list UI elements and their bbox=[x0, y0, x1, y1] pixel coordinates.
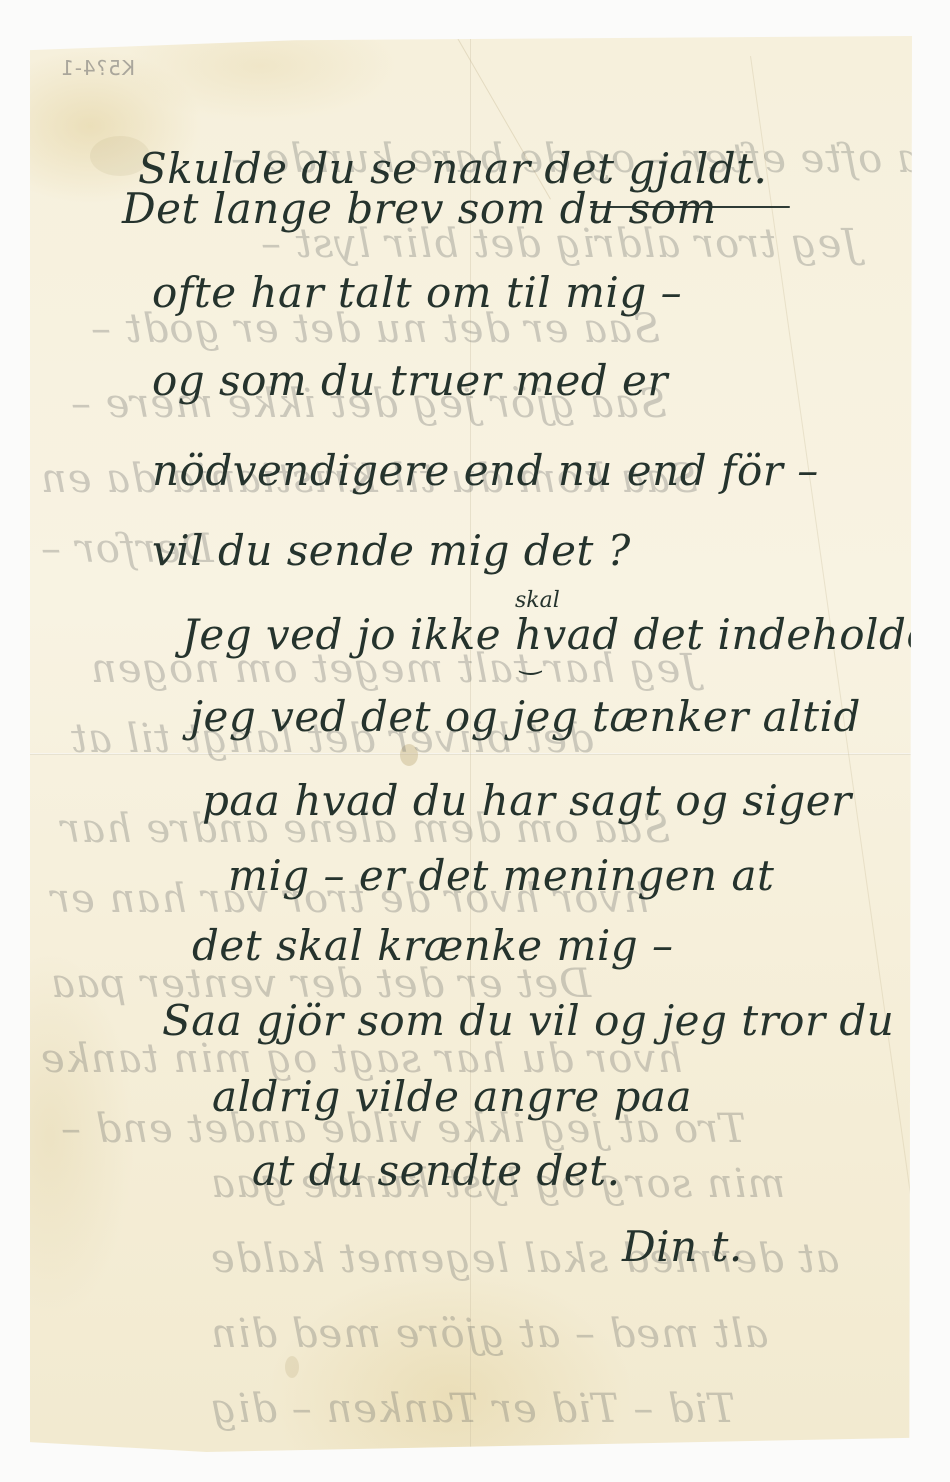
letter-line: vil du sende mig det ? bbox=[152, 526, 631, 575]
archive-mark: K5?4-1 bbox=[60, 56, 135, 80]
bleed-line: Tid – Tid er Tanken – dig bbox=[210, 1386, 735, 1432]
signature: Din t. bbox=[622, 1222, 743, 1271]
letter-line: det skal krænke mig – bbox=[192, 921, 674, 970]
letter-page: K5?4-1 Saa ofte efter – og de bare kunde… bbox=[30, 36, 912, 1452]
letter-line: nödvendigere end nu end för – bbox=[152, 446, 819, 495]
vertical-fold bbox=[470, 36, 471, 1452]
letter-line: Saa gjör som du vil og jeg tror du bbox=[162, 996, 894, 1045]
bleed-line: alt med – at gjöre med din bbox=[210, 1311, 768, 1357]
letter-line: jeg ved det og jeg tænker altid bbox=[190, 692, 861, 741]
stain bbox=[400, 744, 418, 766]
letter-line: Jeg ved jo ikke hvad det indeholder bbox=[182, 610, 950, 659]
insertion-caret: ‿ bbox=[520, 646, 541, 676]
letter-line: ofte har talt om til mig – bbox=[152, 268, 682, 317]
letter-line: paa hvad du har sagt og siger bbox=[202, 776, 852, 825]
letter-line: at du sendte det. bbox=[252, 1146, 620, 1195]
letter-line: mig – er det meningen at bbox=[228, 851, 774, 900]
bleed-through-layer: Saa ofte efter – og de bare kunde – Jeg … bbox=[30, 36, 912, 1452]
letter-line: aldrig vilde angre paa bbox=[212, 1072, 692, 1121]
bleed-line: at dermed skal legemet kalde bbox=[210, 1236, 839, 1282]
stain bbox=[285, 1356, 299, 1378]
letter-line: og som du truer med er bbox=[152, 356, 668, 405]
horizontal-fold bbox=[30, 753, 912, 755]
letter-line: Det lange brev som du som bbox=[122, 184, 717, 233]
